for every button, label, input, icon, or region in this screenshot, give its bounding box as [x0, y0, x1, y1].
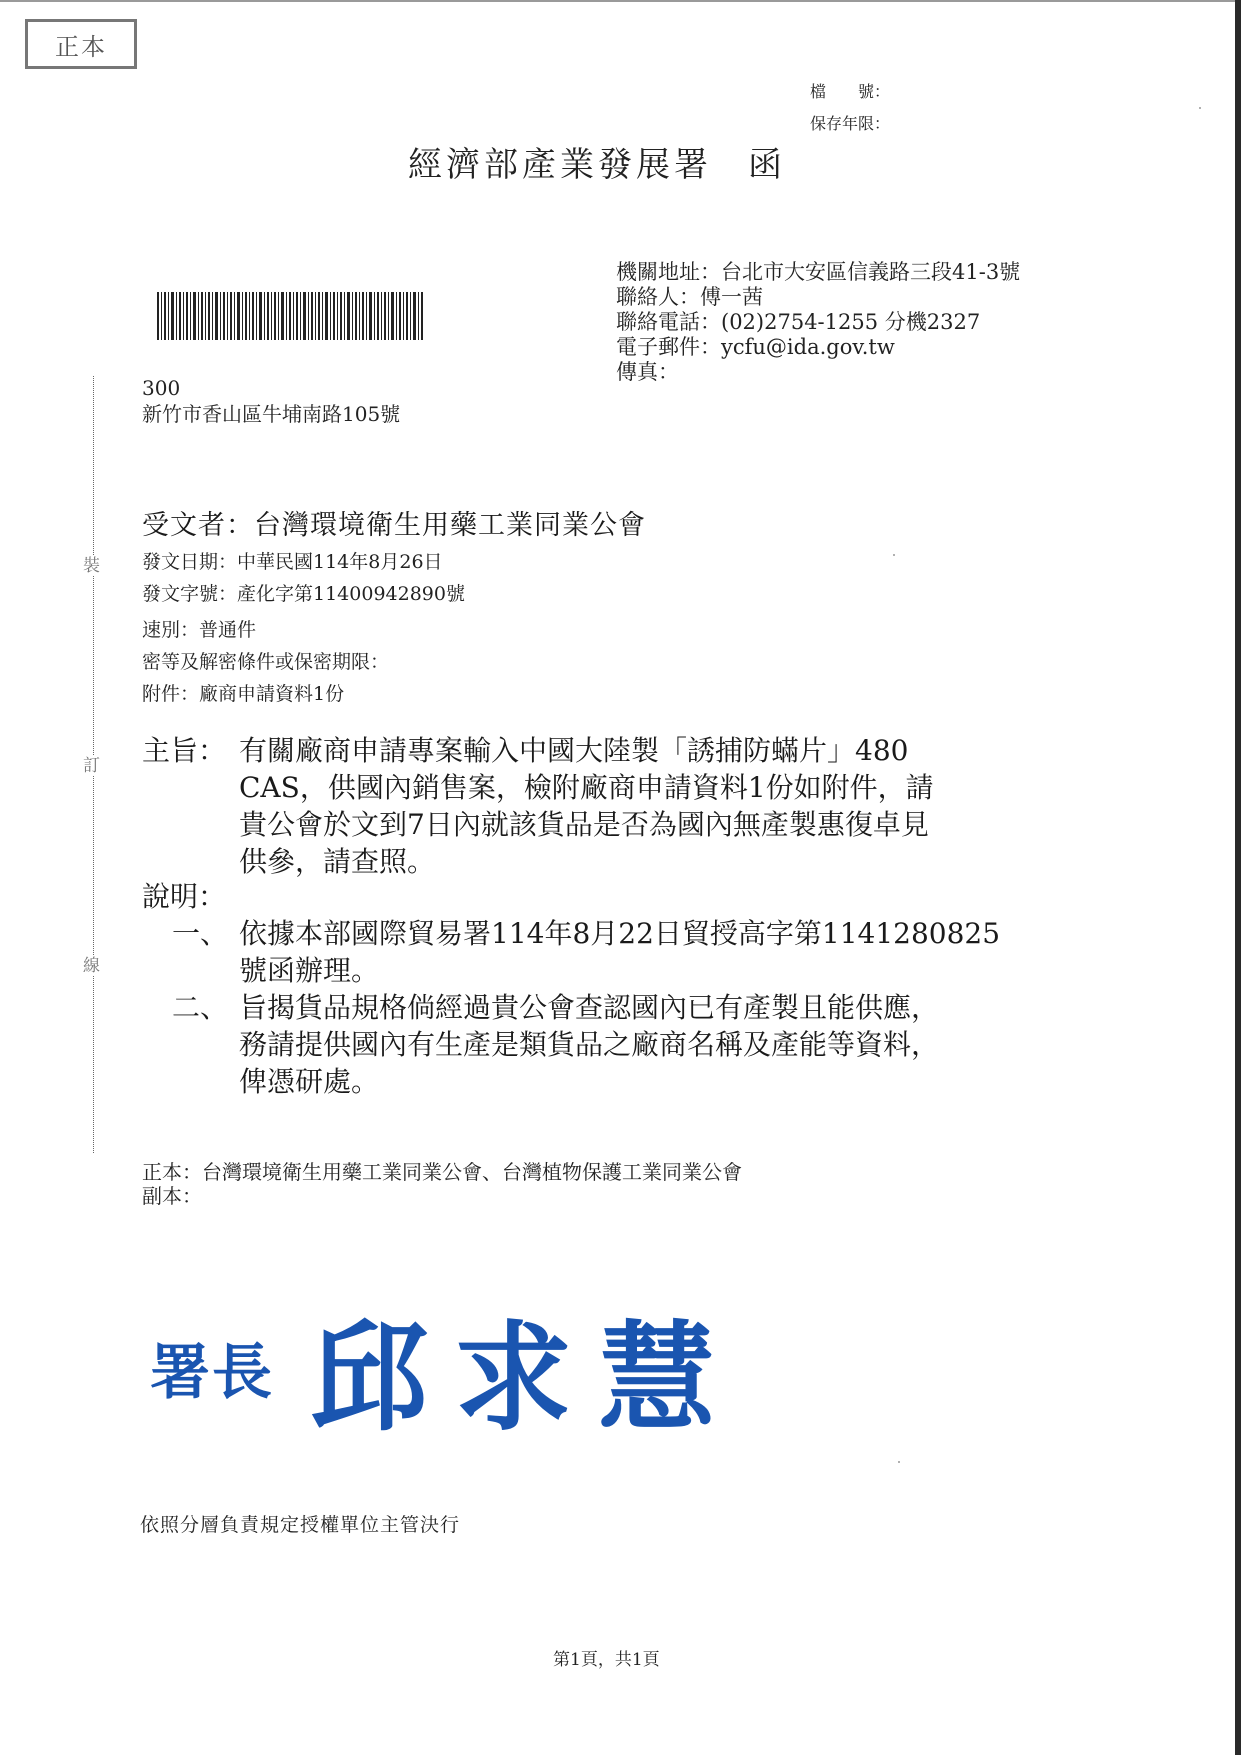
signature-stamp: 署長邱求慧 [150, 1283, 742, 1453]
attachments: 附件：廠商申請資料1份 [142, 679, 465, 711]
contact-fax: 傳真： [616, 360, 1020, 385]
barcode-icon [157, 292, 423, 340]
copy-stamp: 正本 [25, 19, 137, 69]
scan-edge-top [0, 0, 1241, 2]
page-number: 第1頁，共1頁 [553, 1645, 660, 1670]
copy-stamp-label: 正本 [55, 27, 107, 62]
speed-class: 速別：普通件 [142, 615, 465, 647]
doc-type: 函 [748, 145, 786, 185]
scan-speck [893, 554, 895, 556]
postal-code: 300 [142, 375, 400, 401]
retention-row: 保存年限： [810, 108, 890, 140]
copy-recipients: 副本： [142, 1184, 742, 1208]
item-line: 務請提供國內有生產是類貨品之廠商名稱及產能等資料， [239, 1026, 939, 1063]
classification: 密等及解密條件或保密期限： [142, 647, 465, 679]
file-number-row: 檔 號： [810, 76, 890, 108]
agency-contact-block: 機關地址：台北市大安區信義路三段41-3號 聯絡人：傅一茜 聯絡電話：(02)2… [616, 260, 1020, 385]
explanation-section: 說明： 一、 依據本部國際貿易署114年8月22日貿授高字第1141280825… [142, 878, 1087, 1100]
scan-speck [1199, 107, 1201, 109]
issuer-name: 經濟部產業發展署 [408, 145, 712, 185]
agency-address: 機關地址：台北市大安區信義路三段41-3號 [616, 260, 1020, 285]
file-meta: 檔 號： 保存年限： [810, 76, 890, 140]
subject-line: CAS，供國內銷售案，檢附廠商申請資料1份如附件，請 [239, 769, 934, 806]
document-title: 經濟部產業發展署函 [408, 137, 786, 186]
doc-number: 發文字號：產化字第11400942890號 [142, 579, 465, 611]
subject-label: 主旨： [142, 732, 239, 880]
item-line: 俾憑研處。 [239, 1063, 939, 1100]
item-number: 二、 [172, 989, 239, 1100]
binding-mark-ding: 訂 [83, 756, 100, 776]
subject-body: 有關廠商申請專案輸入中國大陸製「誘捕防蟎片」480 CAS，供國內銷售案，檢附廠… [239, 732, 934, 880]
explanation-item-1: 一、 依據本部國際貿易署114年8月22日貿授高字第1141280825 號函辦… [172, 915, 1087, 989]
item-line: 號函辦理。 [239, 952, 1000, 989]
contact-phone: 聯絡電話：(02)2754-1255 分機2327 [616, 310, 1020, 335]
document-meta: 發文日期：中華民國114年8月26日 發文字號：產化字第11400942890號… [142, 547, 465, 711]
addressee: 受文者：台灣環境衛生用藥工業同業公會 [142, 503, 646, 542]
subject-line: 有關廠商申請專案輸入中國大陸製「誘捕防蟎片」480 [239, 732, 934, 769]
recipient-address: 300 新竹市香山區牛埔南路105號 [142, 375, 400, 427]
scan-speck [898, 1461, 900, 1463]
retention-label: 保存年限： [810, 108, 890, 140]
street-address: 新竹市香山區牛埔南路105號 [142, 401, 400, 427]
distribution: 正本：台灣環境衛生用藥工業同業公會、台灣植物保護工業同業公會 副本： [142, 1160, 742, 1208]
binding-mark-xian: 線 [83, 956, 100, 976]
contact-email: 電子郵件：ycfu@ida.gov.tw [616, 335, 1020, 360]
signatory-name: 邱求慧 [310, 1308, 742, 1447]
subject-line: 供參，請查照。 [239, 843, 934, 880]
item-line: 旨揭貨品規格倘經過貴公會查認國內已有產製且能供應， [239, 989, 939, 1026]
explanation-label: 說明： [142, 878, 1087, 915]
contact-person: 聯絡人：傅一茜 [616, 285, 1020, 310]
item-number: 一、 [172, 915, 239, 989]
subject-line: 貴公會於文到7日內就該貨品是否為國內無產製惠復卓見 [239, 806, 934, 843]
file-number-label: 檔 號： [810, 76, 890, 108]
authority-note: 依照分層負責規定授權單位主管決行 [140, 1510, 460, 1537]
signatory-title: 署長 [150, 1338, 274, 1408]
binding-mark-zhuang: 裝 [83, 556, 100, 576]
issue-date: 發文日期：中華民國114年8月26日 [142, 547, 465, 579]
item-line: 依據本部國際貿易署114年8月22日貿授高字第1141280825 [239, 915, 1000, 952]
subject-section: 主旨： 有關廠商申請專案輸入中國大陸製「誘捕防蟎片」480 CAS，供國內銷售案… [142, 732, 1087, 880]
explanation-item-2: 二、 旨揭貨品規格倘經過貴公會查認國內已有產製且能供應， 務請提供國內有生產是類… [172, 989, 1087, 1100]
original-recipients: 正本：台灣環境衛生用藥工業同業公會、台灣植物保護工業同業公會 [142, 1160, 742, 1184]
scan-edge-right [1235, 0, 1241, 1755]
